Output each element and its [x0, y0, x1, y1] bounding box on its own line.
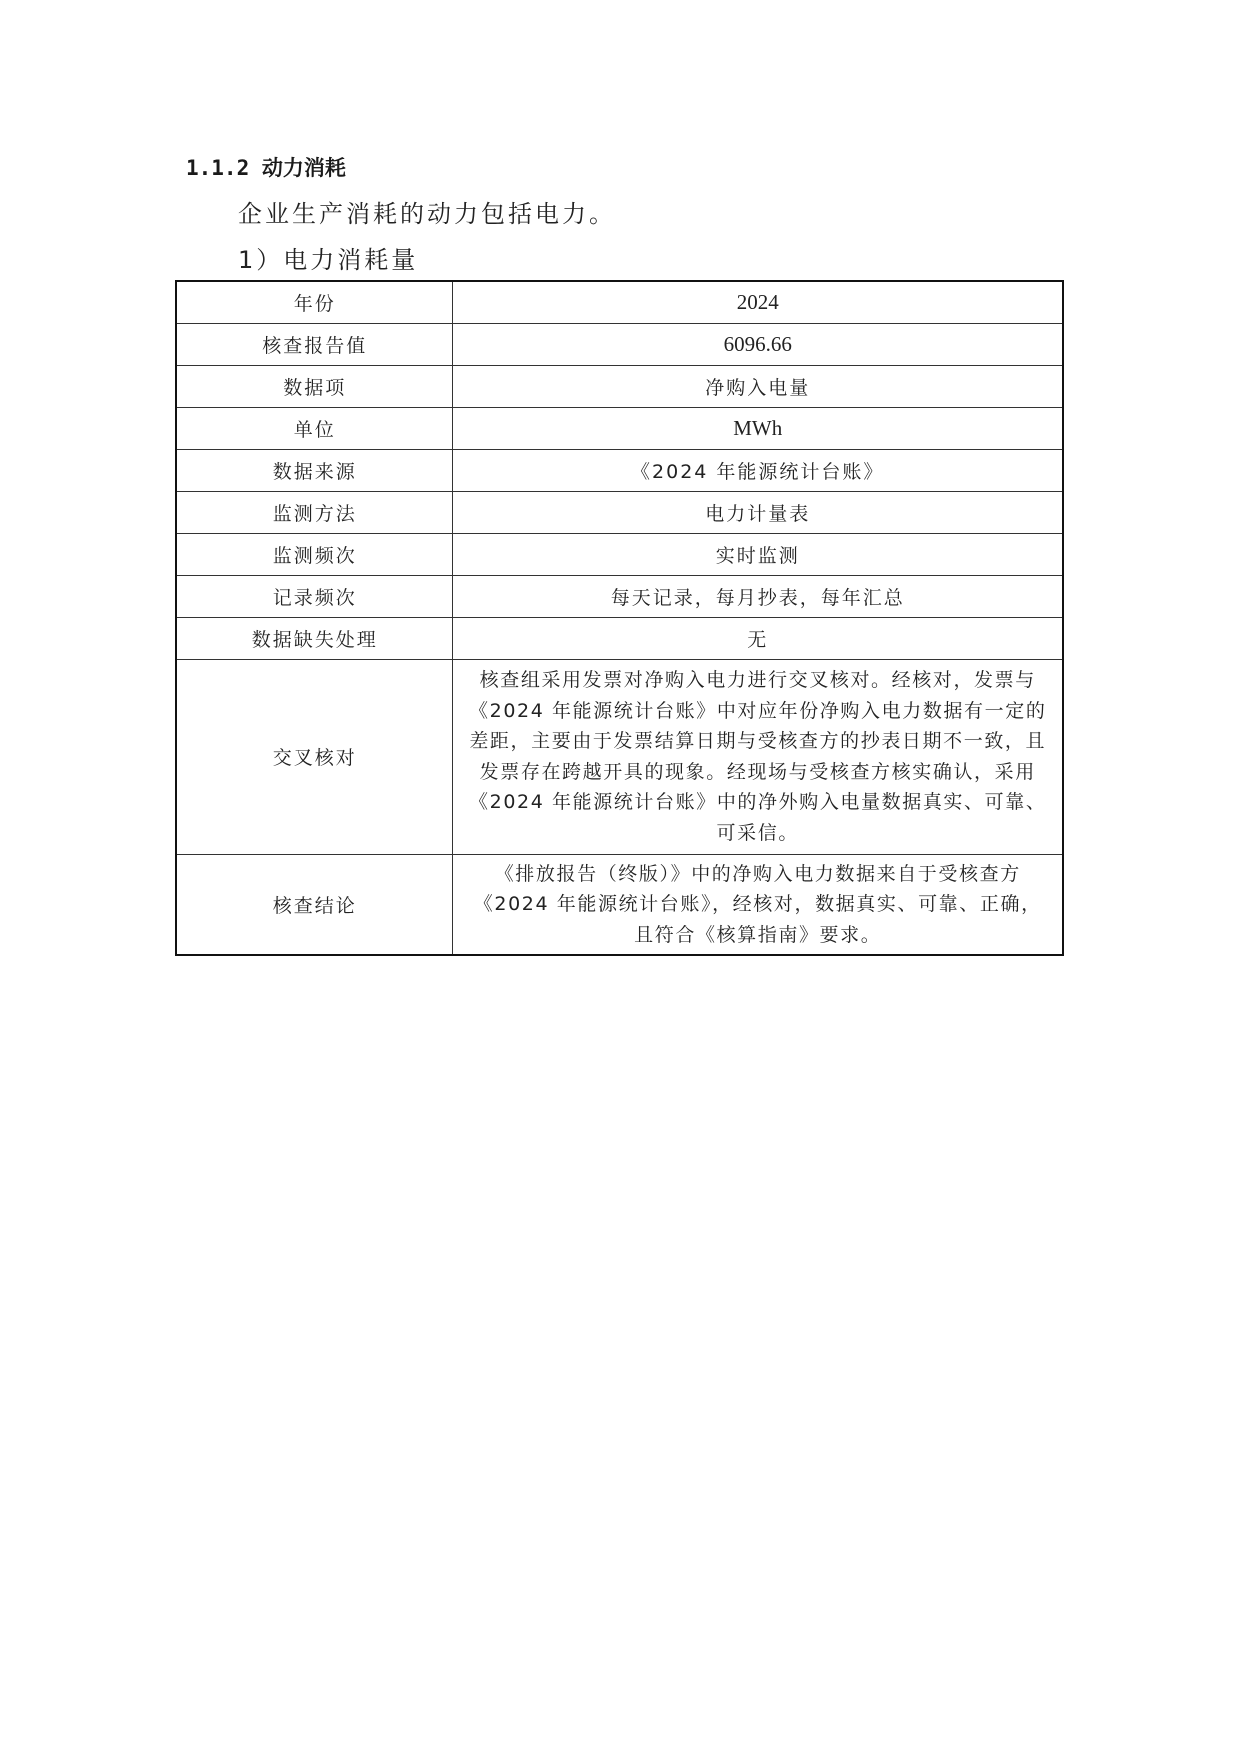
row-value: 实时监测 — [453, 533, 1063, 575]
subheading: 1）电力消耗量 — [238, 240, 418, 275]
row-value: 核查组采用发票对净购入电力进行交叉核对。经核对，发票与《2024 年能源统计台账… — [453, 659, 1063, 854]
row-value: 电力计量表 — [453, 491, 1063, 533]
electricity-consumption-table: 年份 2024 核查报告值 6096.66 数据项 净购入电量 单位 MWh 数… — [175, 280, 1064, 956]
row-value: 每天记录，每月抄表，每年汇总 — [453, 575, 1063, 617]
table-row: 数据项 净购入电量 — [176, 365, 1063, 407]
row-label: 数据缺失处理 — [176, 617, 453, 659]
row-label: 监测方法 — [176, 491, 453, 533]
row-label: 监测频次 — [176, 533, 453, 575]
table-row: 年份 2024 — [176, 281, 1063, 323]
row-label: 核查报告值 — [176, 323, 453, 365]
table-row: 数据缺失处理 无 — [176, 617, 1063, 659]
section-heading: 1.1.2 动力消耗 — [186, 152, 346, 182]
table-row: 数据来源 《2024 年能源统计台账》 — [176, 449, 1063, 491]
row-value: 无 — [453, 617, 1063, 659]
row-label: 交叉核对 — [176, 659, 453, 854]
row-label: 记录频次 — [176, 575, 453, 617]
row-value: 2024 — [453, 281, 1063, 323]
row-value: 净购入电量 — [453, 365, 1063, 407]
table-row: 监测频次 实时监测 — [176, 533, 1063, 575]
row-value: 6096.66 — [453, 323, 1063, 365]
row-value: 《2024 年能源统计台账》 — [453, 449, 1063, 491]
row-label: 数据项 — [176, 365, 453, 407]
table-row: 核查报告值 6096.66 — [176, 323, 1063, 365]
row-label: 数据来源 — [176, 449, 453, 491]
table-row: 单位 MWh — [176, 407, 1063, 449]
row-value: 《排放报告（终版）》中的净购入电力数据来自于受核查方《2024 年能源统计台账》… — [453, 854, 1063, 955]
table-row: 交叉核对 核查组采用发票对净购入电力进行交叉核对。经核对，发票与《2024 年能… — [176, 659, 1063, 854]
table-row: 核查结论 《排放报告（终版）》中的净购入电力数据来自于受核查方《2024 年能源… — [176, 854, 1063, 955]
row-label: 单位 — [176, 407, 453, 449]
row-value: MWh — [453, 407, 1063, 449]
table-row: 记录频次 每天记录，每月抄表，每年汇总 — [176, 575, 1063, 617]
row-label: 年份 — [176, 281, 453, 323]
intro-paragraph: 企业生产消耗的动力包括电力。 — [238, 194, 616, 229]
table-row: 监测方法 电力计量表 — [176, 491, 1063, 533]
row-label: 核查结论 — [176, 854, 453, 955]
